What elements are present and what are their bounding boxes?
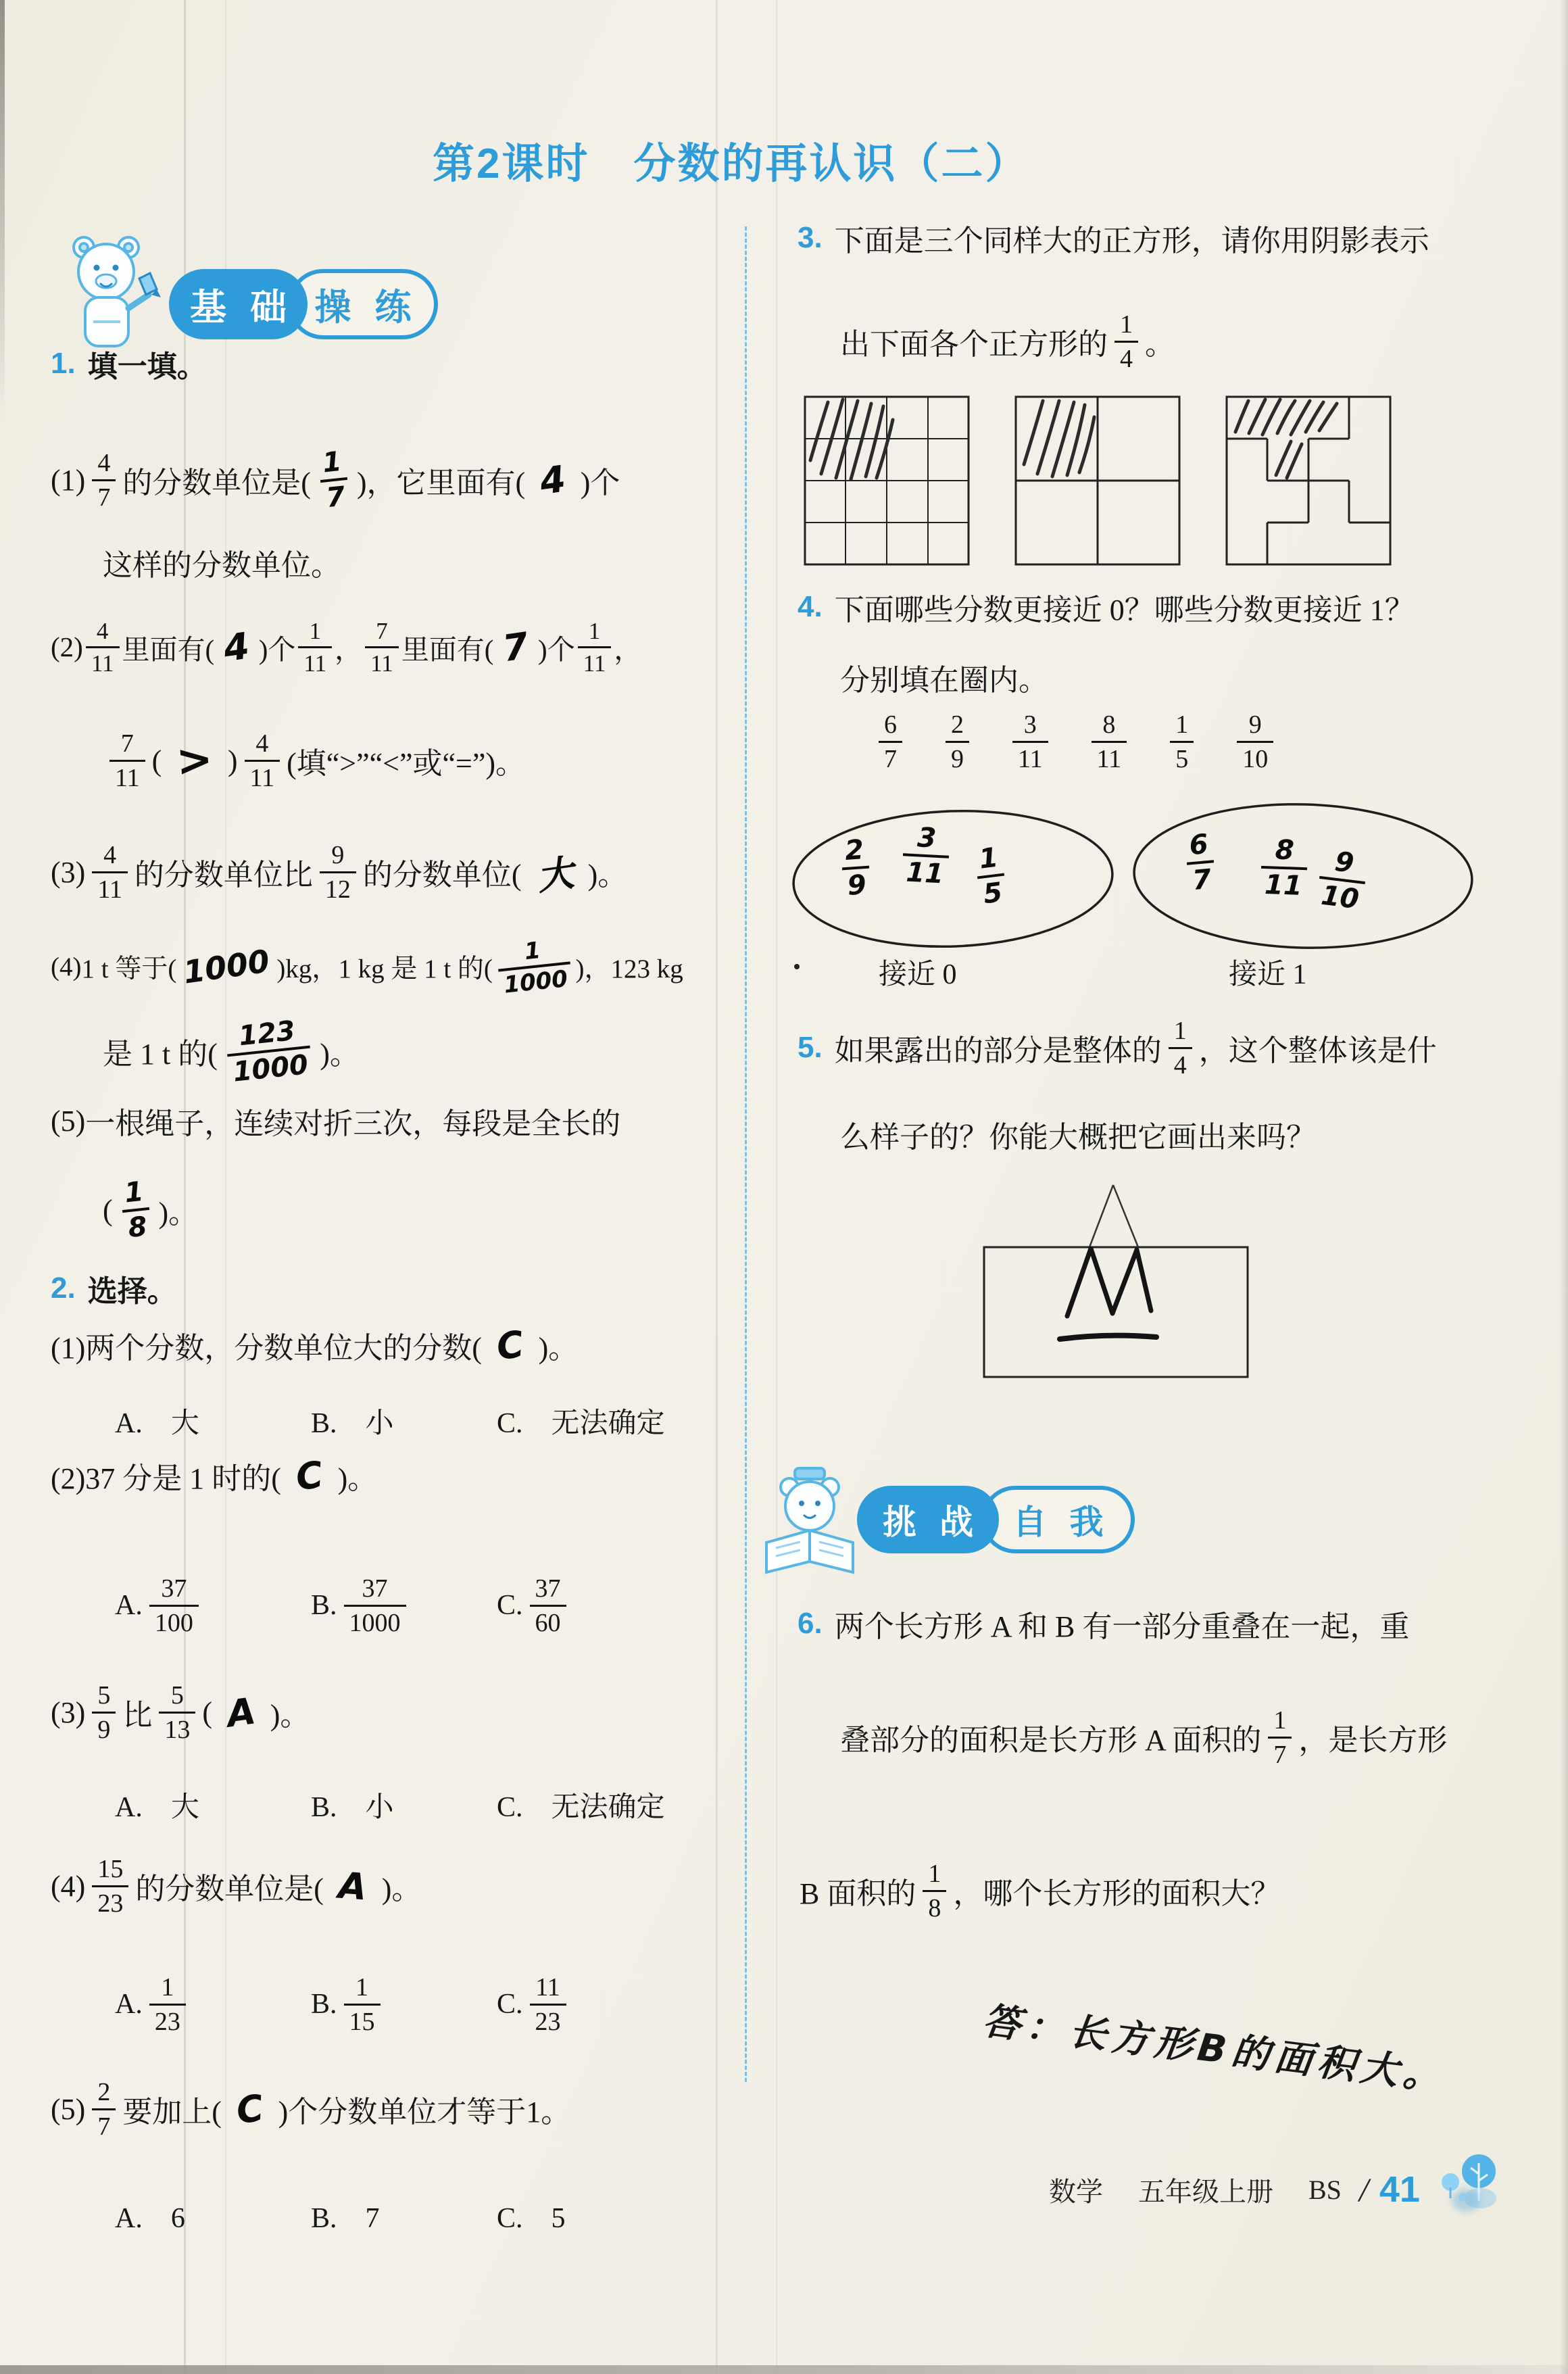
text-seg: )。	[320, 1029, 360, 1073]
fraction-denominator: 11	[1012, 741, 1048, 772]
handwritten-answer: 7	[500, 624, 531, 670]
option-b: B.371000	[311, 1576, 497, 1636]
option-label: B.	[311, 1589, 337, 1622]
fraction-numerator: 11	[530, 1975, 566, 2004]
ink-smudge	[1452, 2189, 1480, 2212]
badge-basic: 基 础	[169, 269, 308, 339]
workbook-page: 第2课时 分数的再认识（二） 基 础 操 练 1. 填一填。 (1	[0, 0, 1568, 2374]
fraction-denominator: 11	[109, 760, 145, 791]
q1-item2-line2: 711 ( > ) 411 (填“>”“<”或“=”)。	[103, 703, 525, 818]
badge-self-label: 自 我	[1013, 1495, 1110, 1544]
fraction-numerator: 7	[370, 619, 393, 646]
q1-item1: (1) 47 的分数单位是( 17 )，它里面有( 4 )个	[51, 422, 620, 537]
option-label: A.	[115, 1988, 143, 2020]
text-seg: (1)两个分数，分数单位大的分数(	[51, 1324, 482, 1367]
handwritten-answer: 4	[537, 457, 568, 503]
fraction-11-23: 1123	[530, 1975, 566, 2035]
fraction-denominator: 5	[1170, 741, 1194, 772]
fraction-denominator: 9	[842, 866, 871, 900]
handwritten-fraction-123-1000: 1231000	[224, 1016, 313, 1086]
q1-item2-line1: (2) 411 里面有( 4 )个 111 ， 711 里面有( 7 )个 11…	[51, 589, 641, 704]
item-label: (1)	[51, 463, 85, 498]
text-seg: )，123 kg	[576, 948, 683, 986]
oval-near-zero	[791, 806, 1115, 952]
fraction-numerator: 1	[1268, 1707, 1292, 1737]
q2-heading: 2. 选择。	[51, 1268, 177, 1309]
text-seg: 的分数单位是(	[122, 458, 311, 502]
option-label: B.	[311, 1988, 337, 2020]
fraction-numerator: 6	[1184, 830, 1214, 862]
fraction-denominator: 11	[1260, 866, 1306, 900]
text-seg: )个	[538, 627, 575, 667]
fraction-numerator: 1	[1169, 1018, 1192, 1047]
q1-title: 填一填。	[88, 342, 207, 385]
text-seg: )个	[581, 458, 620, 502]
fraction-denominator: 11	[245, 760, 280, 791]
label-near-zero: 接近 0	[879, 952, 957, 992]
handwritten-choice: A	[224, 1689, 258, 1735]
text-seg: 两个长方形 A 和 B 有一部分重叠在一起，重	[835, 1602, 1410, 1645]
text-seg: 下面是三个同样大的正方形，请你用阴影表示	[835, 216, 1429, 260]
text-seg: )。	[159, 1188, 199, 1232]
text-seg: ，这个整体该是什	[1199, 1026, 1437, 1069]
option-c: C.1123	[497, 1975, 573, 2035]
fraction-denominator: 10	[1316, 876, 1365, 914]
q6-line3: B 面积的 18 ，哪个长方形的面积大？	[800, 1833, 1280, 1948]
item-label: (5)	[51, 1104, 85, 1138]
page-fold-line	[776, 0, 777, 2374]
fraction-numerator: 3	[912, 824, 941, 855]
text-seg: 如果露出的部分是整体的	[835, 1026, 1162, 1069]
fraction-denominator: 7	[320, 477, 351, 512]
q6-line1: 6. 两个长方形 A 和 B 有一部分重叠在一起，重	[798, 1603, 1409, 1644]
fraction-1-23: 123	[149, 1975, 186, 2035]
text-seg: (2)37 分是 1 时的(	[51, 1454, 281, 1497]
fraction-denominator: 11	[298, 646, 332, 675]
scan-edge-right	[1560, 0, 1568, 2374]
handwritten-answer: 1000	[181, 942, 272, 990]
handwritten-fraction-1-1000: 11000	[495, 936, 572, 998]
fraction-numerator: 37	[357, 1576, 393, 1605]
footer-edition: BS	[1308, 2174, 1342, 2206]
text-seg: )。	[270, 1691, 310, 1734]
hatching-strokes	[1024, 401, 1094, 477]
q5-line1: 5. 如果露出的部分是整体的 14 ，这个整体该是什	[798, 990, 1437, 1105]
text-seg: 么样子的？你能大概把它画出来吗？	[840, 1113, 1316, 1156]
fraction-numerator: 5	[166, 1682, 189, 1712]
fraction-37-1000: 371000	[344, 1576, 406, 1636]
text-seg: )kg，1 kg 是 1 t 的(	[276, 948, 493, 986]
handwritten-choice: C	[494, 1322, 526, 1368]
fraction-numerator: 6	[879, 712, 902, 741]
q2-item1: (1)两个分数，分数单位大的分数( C )。	[51, 1308, 578, 1382]
text-seg: )个分数单位才等于1。	[278, 2087, 571, 2131]
text-seg: 的分数单位比	[134, 850, 313, 894]
q2-item5-options: A. 6 B. 7 C. 5	[115, 2196, 566, 2236]
q3-squares-figure	[801, 393, 1402, 570]
fraction-denominator: 12	[320, 871, 356, 902]
fraction-numerator: 1	[350, 1975, 374, 2004]
fraction-numerator: 1	[519, 938, 545, 967]
fraction-1-11: 111	[298, 619, 332, 675]
fraction-denominator: 23	[92, 1885, 128, 1916]
fraction-5-9: 59	[92, 1682, 116, 1743]
fraction-numerator: 1	[1170, 712, 1194, 741]
printed-triangle-tip	[1089, 1185, 1138, 1247]
handwritten-fraction-1-7: 17	[317, 447, 350, 512]
q1-heading: 1. 填一填。	[51, 343, 207, 384]
fraction-denominator: 4	[1114, 341, 1138, 372]
label-near-one: 接近 1	[1229, 952, 1307, 992]
footer-grade: 五年级上册	[1138, 2171, 1273, 2209]
q2-item3-options: A. 大 B. 小 C. 无法确定	[115, 1785, 665, 1825]
fraction-numerator: 1	[304, 619, 327, 646]
fraction-37-100: 37100	[149, 1576, 199, 1636]
q2-item2: (2)37 分是 1 时的( C )。	[51, 1438, 377, 1513]
handwritten-fraction-2-9: 29	[840, 836, 871, 900]
fraction-denominator: 9	[92, 1712, 116, 1743]
option-a: A.37100	[115, 1576, 311, 1636]
handwritten-answer: 大	[533, 844, 576, 900]
fraction-numerator: 1	[923, 1861, 946, 1890]
footer-page-number: 41	[1379, 2169, 1420, 2210]
fraction-denominator: 10	[1237, 741, 1273, 772]
option-label: C.	[497, 1589, 523, 1622]
handwritten-answer: 4	[221, 624, 252, 670]
q4-ovals-figure	[779, 800, 1536, 957]
scan-edge-left	[0, 0, 5, 419]
badge-basic-label: 基 础	[190, 278, 293, 331]
q4-line1: 4. 下面哪些分数更接近 0？哪些分数更接近 1？	[798, 587, 1415, 627]
badge-self: 自 我	[981, 1486, 1135, 1553]
fraction-numerator: 4	[98, 842, 122, 871]
fraction-numerator: 4	[250, 731, 274, 760]
text-seg: (	[202, 1695, 212, 1730]
fraction-1-5: 15	[1170, 712, 1194, 772]
fraction-denominator: 11	[365, 646, 399, 675]
handwritten-choice: C	[293, 1453, 326, 1499]
fraction-denominator: 8	[122, 1207, 153, 1242]
text-seg: (	[152, 744, 162, 778]
text-seg: )。	[588, 850, 628, 894]
fraction-denominator: 11	[578, 646, 612, 675]
fraction-1-15: 115	[344, 1975, 381, 2035]
fraction-denominator: 9	[946, 741, 969, 772]
q1-number: 1.	[51, 347, 76, 381]
text-seg: (	[103, 1193, 113, 1228]
text-seg: )。	[539, 1324, 579, 1367]
fraction-9-10: 910	[1237, 712, 1273, 772]
footer-subject: 数学	[1049, 2171, 1103, 2209]
fraction-1-4: 14	[1114, 312, 1138, 372]
text-seg: 的分数单位(	[363, 850, 522, 894]
q3-line2: 出下面各个正方形的 14 。	[840, 284, 1175, 399]
fraction-1-11: 111	[578, 619, 612, 675]
fraction-numerator: 9	[1244, 712, 1267, 741]
q2-number: 2.	[51, 1271, 76, 1305]
page-title-text: 第2课时 分数的再认识（二）	[433, 130, 1029, 190]
fraction-numerator: 1	[974, 844, 1004, 877]
fraction-denominator: 1000	[498, 961, 572, 997]
fraction-4-11: 411	[92, 842, 128, 902]
ink-dot	[794, 964, 800, 969]
fraction-2-9: 29	[946, 712, 969, 772]
fraction-1-8: 18	[923, 1861, 946, 1921]
text-seg: 里面有(	[122, 627, 215, 667]
option-a: A. 6	[115, 2196, 311, 2236]
q2-item3: (3) 59 比 513 ( A )。	[51, 1655, 310, 1770]
page-fold-line	[716, 0, 718, 2374]
q3-number: 3.	[798, 221, 823, 255]
fraction-15-23: 1523	[92, 1856, 128, 1916]
fraction-numerator: 1	[1114, 312, 1138, 341]
option-b: B. 小	[311, 1785, 497, 1825]
fraction-denominator: 8	[923, 1890, 946, 1921]
fraction-numerator: 37	[155, 1576, 192, 1605]
footer-slash: /	[1359, 2170, 1369, 2209]
item-label: (3)	[51, 1695, 85, 1730]
handwritten-choice: A	[337, 1864, 368, 1908]
square-grid-2x2	[1016, 397, 1179, 564]
text-seg: 叠部分的面积是长方形 A 面积的	[840, 1716, 1261, 1759]
fraction-4-11: 411	[245, 731, 280, 791]
fraction-denominator: 15	[344, 2004, 381, 2035]
q2-title: 选择。	[88, 1267, 177, 1310]
option-a: A. 大	[115, 1785, 311, 1825]
box-outline	[984, 1247, 1248, 1377]
fraction-denominator: 1000	[344, 1605, 406, 1636]
option-b: B. 7	[311, 2196, 497, 2236]
fraction-numerator: 2	[946, 712, 969, 741]
q4-number: 4.	[798, 590, 823, 624]
badge-challenge-label: 挑 战	[883, 1495, 980, 1544]
fraction-4-7: 47	[92, 450, 116, 510]
answer-text: 答：长方形B的面积大。	[980, 1991, 1450, 2102]
q4-fraction-list: 67 29 311 811 15 910	[857, 684, 1295, 799]
text-seg: 这样的分数单位。	[103, 541, 341, 584]
text-seg: ，哪个长方形的面积大？	[953, 1869, 1280, 1912]
fraction-numerator: 2	[92, 2079, 116, 2108]
q1-item5-line1: (5) 一根绳子，连续对折三次，每段是全长的	[51, 1100, 620, 1141]
page-title: 第2课时 分数的再认识（二）	[433, 130, 1029, 190]
text-seg: (填“>”“<”或“=”)。	[287, 739, 525, 782]
fraction-numerator: 1	[119, 1178, 149, 1210]
column-divider	[745, 226, 747, 2082]
fraction-denominator: 11	[86, 646, 120, 675]
text-seg: 的分数单位是(	[135, 1864, 324, 1908]
handwritten-greater-than: >	[175, 734, 215, 787]
option-label: C.	[497, 1988, 523, 2020]
fraction-numerator: 8	[1271, 836, 1298, 867]
fraction-denominator: 60	[530, 1605, 566, 1636]
text-seg: 1 t 等于(	[81, 948, 176, 986]
fraction-denominator: 7	[1187, 860, 1217, 894]
handwritten-fraction-3-11: 311	[902, 823, 950, 888]
text-seg: ，是长方形	[1298, 1716, 1447, 1759]
fraction-numerator: 1	[155, 1975, 179, 2004]
fraction-numerator: 15	[92, 1856, 128, 1885]
fraction-denominator: 7	[92, 2108, 116, 2139]
fraction-denominator: 13	[159, 1712, 195, 1743]
footer: 数学 五年级上册 BS / 41	[1049, 2166, 1420, 2213]
fraction-denominator: 7	[92, 479, 116, 510]
option-c: C. 无法确定	[497, 1401, 665, 1441]
fraction-2-7: 27	[92, 2079, 116, 2139]
handwritten-fraction-8-11: 811	[1260, 836, 1308, 900]
fraction-numerator: 5	[92, 1682, 116, 1712]
handwritten-zigzag	[1060, 1249, 1156, 1339]
text-seg: 下面哪些分数更接近 0？哪些分数更接近 1？	[835, 585, 1415, 629]
fraction-denominator: 7	[1268, 1737, 1292, 1768]
q5-line2: 么样子的？你能大概把它画出来吗？	[840, 1114, 1316, 1155]
item-label: (4)	[51, 1869, 85, 1904]
item-label: (2)	[51, 631, 83, 663]
text-seg: )个	[259, 627, 296, 667]
fraction-numerator: 2	[840, 836, 869, 868]
q1-item1-cont: 这样的分数单位。	[103, 542, 341, 583]
text-seg: 里面有(	[401, 627, 494, 667]
text-seg: 是 1 t 的(	[103, 1029, 218, 1073]
text-seg: 。	[1145, 320, 1175, 363]
square-pinwheel	[1227, 397, 1390, 564]
badge-challenge: 挑 战	[857, 1486, 999, 1553]
q1-item4-line2: 是 1 t 的( 1231000 )。	[103, 994, 360, 1109]
fraction-denominator: 11	[1092, 741, 1127, 772]
text-seg: 要加上(	[122, 2087, 222, 2131]
q1-item5-line2: ( 18 )。	[103, 1153, 198, 1267]
badge-practice-label: 操 练	[314, 278, 418, 331]
handwritten-fraction-1-8: 18	[119, 1178, 152, 1242]
fraction-9-12: 912	[320, 842, 356, 902]
fraction-denominator: 7	[879, 741, 902, 772]
pencil-icon	[139, 273, 161, 297]
fraction-denominator: 23	[530, 2004, 566, 2035]
fraction-denominator: 100	[149, 1605, 199, 1636]
text-seg: ，	[335, 627, 362, 667]
q2-item1-options: A. 大 B. 小 C. 无法确定	[115, 1401, 665, 1441]
text-seg: )。	[382, 1864, 422, 1908]
option-c: C.3760	[497, 1576, 573, 1636]
option-a: A.123	[115, 1975, 311, 2035]
mascot-bear-book-icon	[761, 1459, 859, 1587]
text-seg: ，	[614, 627, 641, 667]
fraction-5-13: 513	[159, 1682, 195, 1743]
text-seg: 比	[122, 1691, 152, 1734]
fraction-denominator: 4	[1169, 1047, 1192, 1078]
text-seg: )，它里面有(	[357, 458, 525, 502]
badge-practice: 操 练	[288, 269, 438, 339]
item-label: (5)	[51, 2092, 85, 2127]
fraction-numerator: 37	[530, 1576, 566, 1605]
q2-item2-options: A.37100 B.371000 C.3760	[115, 1548, 573, 1663]
item-label: (3)	[51, 855, 85, 890]
q6-handwritten-answer: 答：长方形B的面积大。	[979, 1977, 1452, 2114]
fraction-numerator: 1	[317, 447, 347, 480]
handwritten-fraction-9-10: 910	[1316, 846, 1369, 914]
fraction-4-11: 411	[86, 619, 120, 675]
q3-line1: 3. 下面是三个同样大的正方形，请你用阴影表示	[798, 218, 1429, 258]
item-label: (4)	[51, 952, 81, 982]
fraction-6-7: 67	[879, 712, 902, 772]
option-c: C. 无法确定	[497, 1785, 665, 1825]
fraction-numerator: 9	[326, 842, 349, 871]
q5-drawing-figure	[969, 1173, 1273, 1389]
q2-item5: (5) 27 要加上( C )个分数单位才等于1。	[51, 2052, 570, 2166]
fraction-1-4: 14	[1169, 1018, 1192, 1078]
text-seg: )	[228, 744, 238, 778]
fraction-numerator: 4	[91, 619, 114, 646]
q2-item4: (4) 1523 的分数单位是( A )。	[51, 1828, 421, 1943]
text-seg: 一根绳子，连续对折三次，每段是全长的	[85, 1099, 620, 1142]
fraction-7-11: 711	[365, 619, 399, 675]
open-book-icon	[766, 1530, 853, 1572]
fraction-numerator: 7	[116, 731, 139, 760]
fraction-1-7: 17	[1268, 1707, 1292, 1768]
fraction-3-11: 311	[1012, 712, 1048, 772]
text-seg: )。	[338, 1454, 378, 1497]
fraction-numerator: 8	[1097, 712, 1121, 741]
fraction-8-11: 811	[1092, 712, 1127, 772]
scan-edge-bottom	[0, 2365, 1568, 2374]
q6-number: 6.	[798, 1607, 823, 1641]
fraction-numerator: 9	[1329, 848, 1359, 881]
option-b: B.115	[311, 1975, 497, 2035]
text-seg: B 面积的	[800, 1869, 916, 1912]
fraction-denominator: 5	[977, 873, 1008, 909]
option-b: B. 小	[311, 1401, 497, 1441]
square-grid-4x4	[805, 397, 969, 564]
handwritten-fraction-6-7: 67	[1184, 830, 1217, 894]
option-a: A. 大	[115, 1401, 311, 1441]
handwritten-choice: C	[234, 2086, 266, 2132]
q5-number: 5.	[798, 1031, 823, 1065]
option-label: A.	[115, 1589, 143, 1622]
fraction-denominator: 11	[92, 871, 128, 902]
fraction-denominator: 23	[149, 2004, 186, 2035]
fraction-7-11: 711	[109, 731, 145, 791]
q6-line2: 叠部分的面积是长方形 A 面积的 17 ，是长方形	[840, 1680, 1447, 1795]
option-c: C. 5	[497, 2196, 566, 2236]
q2-item4-options: A.123 B.115 C.1123	[115, 1947, 573, 2062]
fraction-denominator: 11	[902, 853, 949, 888]
fraction-37-60: 3760	[530, 1576, 566, 1636]
fraction-numerator: 4	[92, 450, 116, 479]
fraction-numerator: 3	[1019, 712, 1042, 741]
fraction-numerator: 1	[583, 619, 606, 646]
text-seg: 出下面各个正方形的	[840, 320, 1108, 363]
